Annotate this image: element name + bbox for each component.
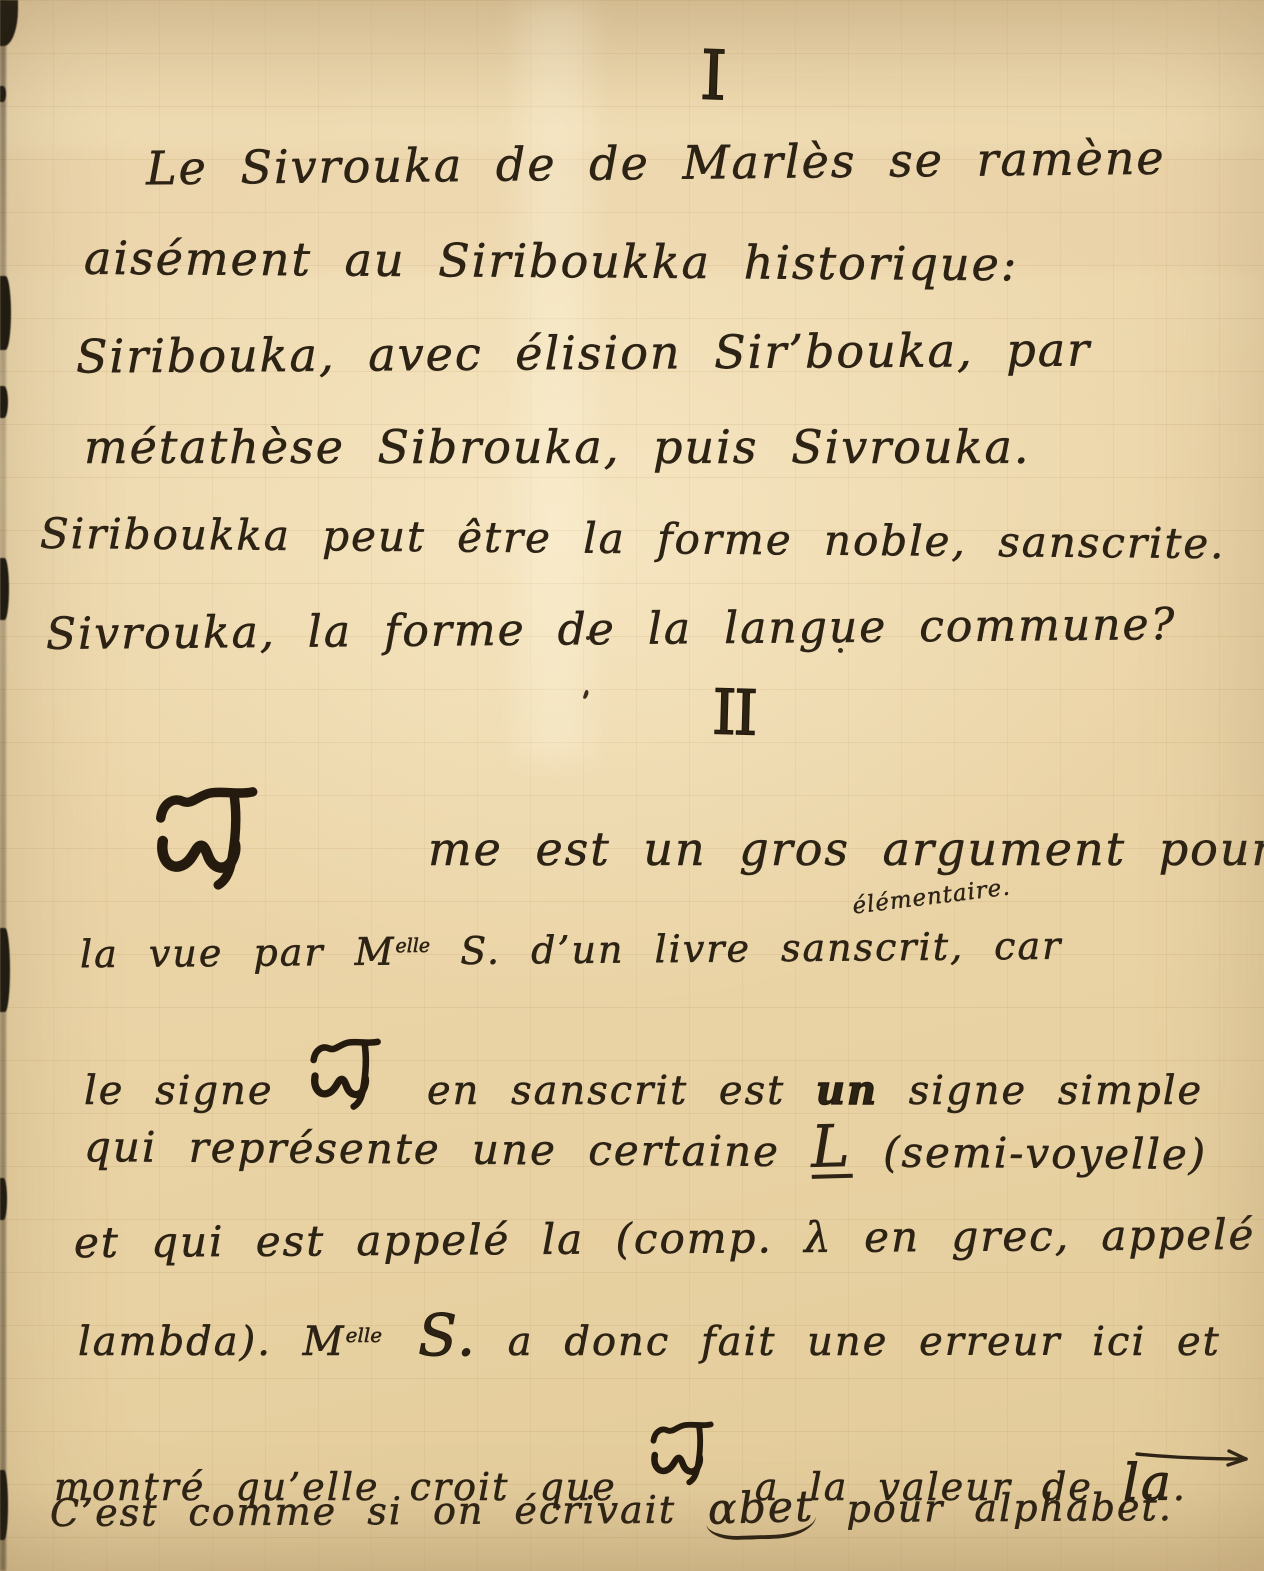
mlle-superscript: elle	[346, 1323, 382, 1347]
manuscript-line: qui représente une certaine L (semi-voye…	[84, 1114, 1208, 1181]
manuscript-line: Siriboukka peut être la forme noble, san…	[40, 509, 1226, 570]
manuscript-line: Siribouka, avec élision Sir’bouka, par	[76, 322, 1092, 384]
line10-pre: qui représente une certaine	[84, 1122, 812, 1176]
line9-mid: en sanscrit est	[396, 1068, 816, 1114]
manuscript-line: Le Sivrouka de de Marlès se ramène	[146, 131, 1166, 197]
manuscript-line: C’est comme si on écrivait αbet pour alp…	[50, 1481, 1173, 1543]
manuscript-line: Sivrouka, la forme de la langue commune?	[46, 599, 1177, 662]
line14-pre: C’est comme si on écrivait	[50, 1488, 706, 1535]
line12-pre: lambda). M	[78, 1319, 346, 1365]
line10-post: (semi-voyelle)	[852, 1127, 1208, 1178]
scan-edge-blot	[0, 1470, 8, 1540]
scan-edge-blot	[0, 386, 8, 418]
line8-pre: la vue par M	[80, 930, 396, 977]
manuscript-line: et qui est appelé la (comp. λ en grec, a…	[74, 1210, 1256, 1269]
devanagari-la-sign-icon	[304, 1028, 396, 1124]
manuscript-line: métathèse Sibrouka, puis Sivrouka.	[84, 420, 1031, 475]
line8-post: sanscrit, car	[781, 924, 1063, 970]
scan-edge-strip	[0, 0, 6, 1571]
manuscript-line: le signe en sanscrit est un signe simple	[84, 1028, 1203, 1124]
line9-post: signe simple	[878, 1068, 1203, 1114]
line9-pre: le signe	[84, 1068, 304, 1114]
manuscript-page: I Le Sivrouka de de Marlès se ramène ais…	[0, 0, 1264, 1571]
manuscript-line: aisément au Siriboukka historique:	[84, 231, 1019, 293]
section-numeral-1: I	[699, 36, 729, 118]
manuscript-line: me est un gros argument pour	[428, 822, 1264, 877]
devanagari-la-sign-icon	[104, 772, 322, 910]
underlined-word-alfabet: αbet	[705, 1481, 817, 1540]
scan-edge-blot	[0, 928, 10, 1012]
section-numeral-2: II	[711, 675, 756, 750]
line8-mid: S. d’un livre	[430, 926, 781, 973]
scan-edge-blot	[0, 1178, 7, 1220]
inserted-word-above-line: élémentaire.	[851, 874, 1012, 919]
ink-speck	[838, 648, 843, 653]
paper-aging-band-top	[0, 0, 1264, 120]
arrow-underline-icon	[1134, 1446, 1260, 1472]
scan-edge-blot	[0, 276, 11, 350]
underlined-letter-L: L	[811, 1119, 853, 1179]
scan-edge-blot	[0, 86, 6, 102]
line14-post: pour alphabet.	[816, 1485, 1173, 1531]
scan-edge-blot	[0, 558, 9, 620]
ink-speck	[586, 636, 590, 640]
line12-post: a donc fait une erreur ici et	[477, 1319, 1221, 1365]
manuscript-line: la vue par Melle S. d’un livre sanscrit,…	[80, 924, 1063, 978]
manuscript-line: lambda). Melle S. a donc fait une erreur…	[78, 1302, 1221, 1370]
mlle-superscript: elle	[395, 935, 430, 957]
initial-S: S.	[382, 1303, 477, 1369]
overwritten-word: un	[816, 1067, 878, 1114]
